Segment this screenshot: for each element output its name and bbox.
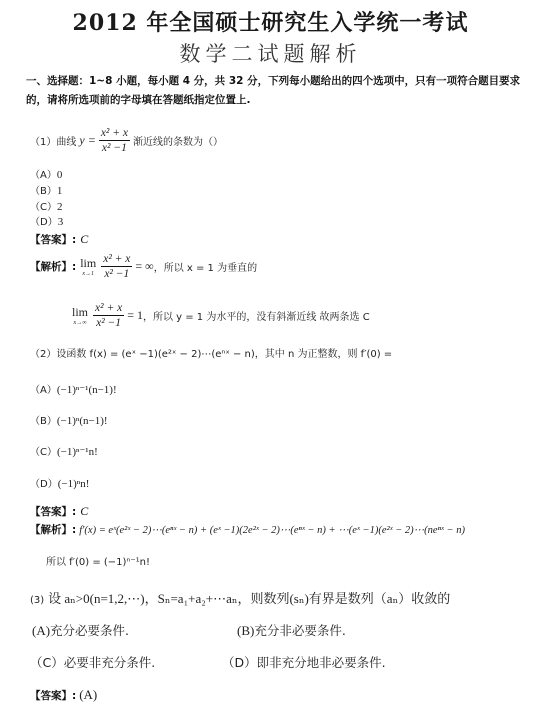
- question-2-stem: （2）设函数 f(x) = (eˣ −1)(e²ˣ − 2)⋯(eⁿˣ − n)…: [30, 345, 392, 360]
- option-b: （B）(−1)ⁿ(n−1)!: [30, 412, 108, 427]
- answer-1: 【答案】:C: [30, 228, 88, 247]
- question-3-stem: (3) 设 aₙ>0(n=1,2,⋯)，Sₙ=a₁+a₂+⋯aₙ，则数列(sₙ)…: [30, 588, 450, 607]
- option-d: （D）即非充分地非必要条件.: [222, 653, 386, 671]
- option-a: （A）(−1)ⁿ⁻¹(n−1)!: [30, 381, 117, 396]
- option-c: （C）2: [30, 198, 62, 213]
- answer-label: 【答案】:: [30, 234, 76, 246]
- answer-2: 【答案】:C: [30, 500, 88, 519]
- document-title: 2012 年全国硕士研究生入学统一考试: [0, 6, 541, 37]
- fraction-numerator: x² + x: [99, 126, 130, 141]
- fraction-denominator: x² −1: [100, 141, 129, 155]
- option-b: （B）1: [30, 182, 62, 197]
- option-c: （C）必要非充分条件.: [30, 653, 155, 671]
- option-c: （C）(−1)ⁿ⁻¹n!: [30, 443, 98, 458]
- analysis-1-line1: 【解析】: limx→1 x² + x x² −1 = ∞ ，所以 x = 1 …: [30, 252, 257, 281]
- limit: limx→1: [80, 256, 96, 277]
- option-a: (A)充分必要条件.: [32, 621, 129, 639]
- fraction: x² + x x² −1: [99, 126, 130, 155]
- question-text: 渐近线的条数为（）: [133, 133, 223, 148]
- section-instructions-line2: 的，请将所选项前的字母填在答题纸指定位置上.: [26, 92, 251, 107]
- option-d: （D）(−1)ⁿn!: [30, 475, 89, 490]
- document-subtitle: 数学二试题解析: [0, 38, 541, 68]
- answer-value: C: [80, 232, 88, 246]
- analysis-2-line1: 【解析】: f′(x) = eˣ(e²ˣ − 2)⋯(eⁿˣ − n) + (e…: [30, 522, 465, 537]
- analysis-2-line2: 所以 f′(0) = (−1)ⁿ⁻¹n!: [46, 553, 150, 568]
- question-1-stem: （1） 曲线 y = x² + x x² −1 渐近线的条数为（）: [30, 126, 223, 155]
- question-number: （1）: [30, 133, 56, 148]
- option-a: （A）0: [30, 166, 62, 181]
- analysis-1-line2: limx→∞ x² + x x² −1 = 1 ，所以 y = 1 为水平的，没…: [72, 301, 370, 330]
- option-b: (B)充分非必要条件.: [237, 621, 346, 639]
- limit: limx→∞: [72, 305, 88, 326]
- section-instructions-line1: 一、选择题：1~8 小题，每小题 4 分，共 32 分，下列每小题给出的四个选项…: [26, 73, 520, 88]
- question-text: 曲线: [56, 133, 76, 148]
- option-d: （D）3: [30, 213, 63, 228]
- analysis-label: 【解析】:: [30, 259, 76, 274]
- fraction: x² + x x² −1: [101, 252, 132, 281]
- fraction: x² + x x² −1: [93, 301, 124, 330]
- answer-3: 【答案】:(A): [30, 684, 97, 703]
- formula-lhs: y =: [79, 133, 95, 148]
